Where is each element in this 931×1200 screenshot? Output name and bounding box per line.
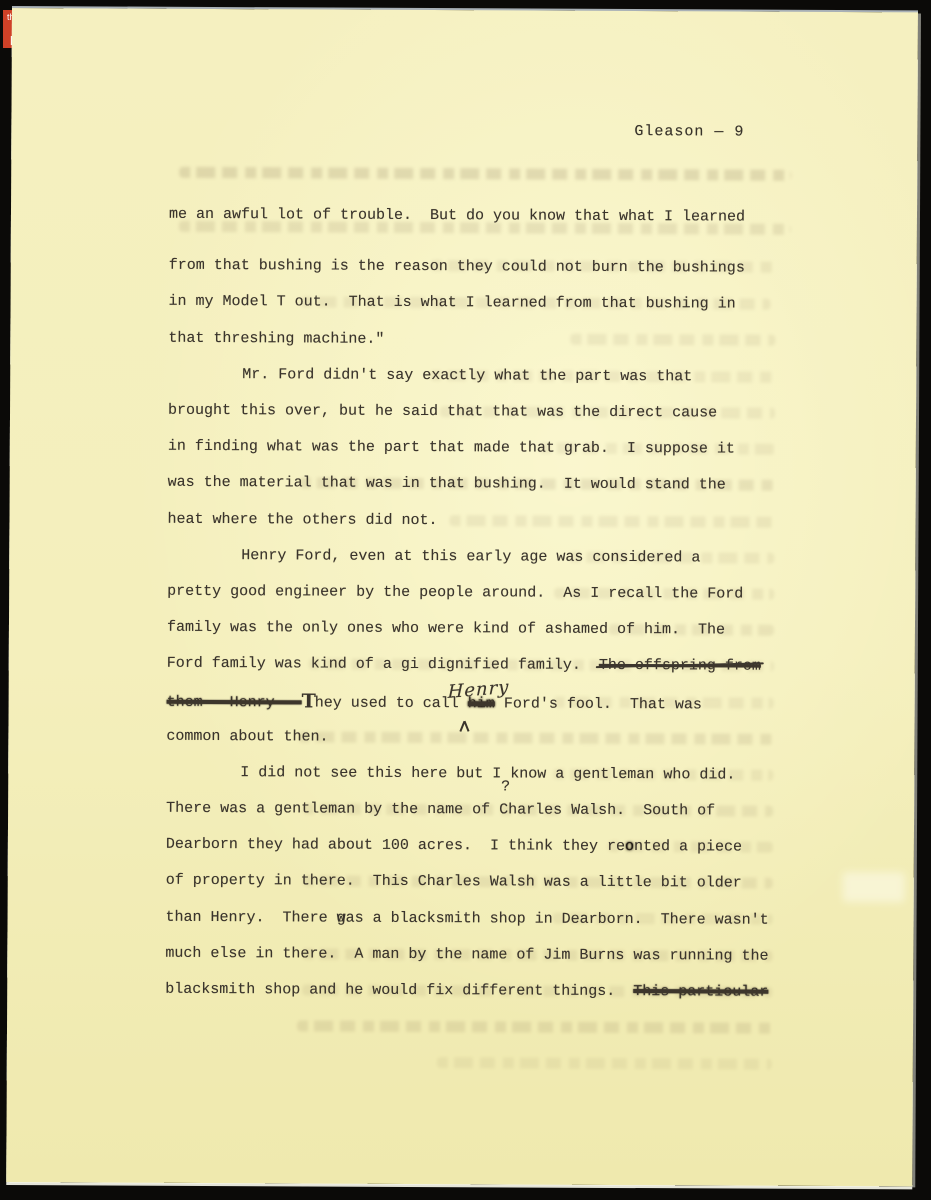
paper-light-patch — [843, 872, 905, 902]
typed-run: Mr. Ford didn't say exactly what the par… — [242, 366, 692, 385]
typed-line: Henry Ford, even at this early age was c… — [167, 537, 787, 576]
typed-run: There was a gentleman by the name of Cha… — [166, 800, 715, 820]
typed-run: in my Model T out. That is what I learne… — [169, 293, 736, 313]
typed-run: pretty good engineer by the people aroun… — [167, 583, 743, 603]
typed-run-ot-over: w — [337, 909, 346, 926]
scanned-document-photo: { "colors": { "background": "#0b0a08", "… — [0, 0, 931, 1200]
typed-line: blacksmith shop and he would fix differe… — [165, 972, 785, 1011]
typed-run: was the material that was in that bushin… — [168, 474, 726, 494]
caret-icon — [460, 722, 470, 733]
typed-run: Ford's fool. That was — [495, 696, 702, 714]
typed-run: heat where the others did not. — [167, 510, 437, 528]
typed-run: of property in there. This Charles Walsh… — [166, 872, 742, 892]
typed-line: of property in there. This Charles Walsh… — [166, 863, 786, 902]
typed-line: I did not see this here but I know a gen… — [166, 755, 786, 794]
typed-line: Mr. Ford didn't say exactly what the par… — [168, 357, 788, 396]
typed-run: common about then. — [166, 727, 328, 745]
typed-run-strike: The offspring from — [599, 657, 761, 675]
typed-run: brought this over, but he said that that… — [168, 402, 717, 422]
typed-line: brought this over, but he said that that… — [168, 393, 788, 432]
typed-line: that threshing machine." — [168, 320, 788, 359]
typed-run: much else in there. A man by the name of… — [165, 945, 768, 965]
typed-run: Ford family was kind of a gi dignified f… — [167, 655, 599, 674]
typed-run: that threshing machine." — [168, 329, 384, 347]
typed-line: in finding what was the part that made t… — [168, 429, 788, 468]
page-header: Gleason — 9 — [634, 123, 744, 141]
typed-line: than Henry. There gwas a blacksmith shop… — [165, 899, 785, 938]
typed-line: family was the only ones who were kind o… — [167, 610, 787, 649]
typed-line: There was a gentleman by the name of Cha… — [166, 791, 786, 830]
ghost-bleedthrough-layer — [12, 8, 918, 12]
typed-run: blacksmith shop and he would fix differe… — [165, 981, 633, 1000]
typescript-page: Gleason — 9 me an awful lot of trouble. … — [6, 8, 918, 1186]
typed-text: me an awful lot of trouble. But do you k… — [165, 197, 789, 1011]
typed-line: much else in there. A man by the name of… — [165, 936, 785, 975]
bleedthrough-line — [179, 167, 791, 181]
typed-run: family was the only ones who were kind o… — [167, 619, 725, 639]
bleedthrough-line — [297, 1020, 775, 1033]
typed-run: Dearborn they had about 100 acres. I thi… — [166, 836, 625, 855]
bleedthrough-line — [437, 1057, 772, 1070]
typed-run-hand-cap: T — [302, 691, 315, 713]
typed-line: was the material that was in that bushin… — [168, 465, 788, 504]
typed-line: Dearborn they had about 100 acres. I thi… — [166, 827, 786, 866]
typed-run-strike: This particular — [633, 983, 768, 1001]
typed-run: nted a piece — [634, 838, 742, 856]
typed-run: hey used to call — [315, 695, 459, 713]
typed-line: common about then. — [166, 718, 786, 757]
typed-line: them — Henry — They used to call Henryhi… — [167, 682, 787, 721]
typed-run: as a blacksmith shop in Dearborn. There … — [346, 909, 769, 928]
typed-line: in my Model T out. That is what I learne… — [168, 284, 788, 323]
typed-run: in finding what was the part that made t… — [168, 438, 735, 458]
typed-run: I did not see this here but I know a gen… — [240, 764, 735, 783]
typed-run: Henry Ford, even at this early age was c… — [241, 547, 700, 566]
typed-run-strike: them — Henry — — [167, 694, 302, 712]
typed-line: heat where the others did not. — [167, 501, 787, 540]
typed-run: than Henry. There — [166, 908, 337, 926]
interline-question-mark: ? — [501, 778, 510, 795]
typed-run-blot: o — [625, 838, 634, 855]
typed-run: from that bushing is the reason they cou… — [169, 257, 745, 277]
typed-line: me an awful lot of trouble. But do you k… — [169, 197, 789, 236]
typed-run: me an awful lot of trouble. But do you k… — [169, 206, 745, 226]
typed-line: pretty good engineer by the people aroun… — [167, 574, 787, 613]
typed-line: from that bushing is the reason they cou… — [169, 248, 789, 287]
